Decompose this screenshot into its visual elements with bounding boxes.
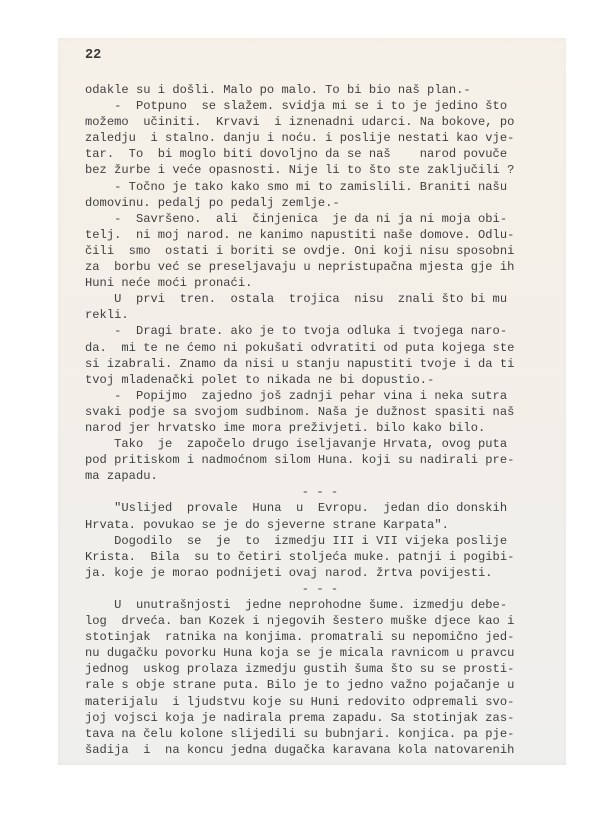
page-number: 22 [85, 48, 101, 63]
text-line: zaledju i stalno. danju i noću. i poslij… [85, 130, 555, 146]
text-line: joj vojsci koja je nadirala prema zapadu… [85, 710, 555, 726]
text-line: bez žurbe i veće opasnosti. Nije li to š… [85, 162, 555, 178]
text-line: materijalu i ljudstvu koje su Huni redov… [85, 694, 555, 710]
text-line: domovinu. pedalj po pedalj zemlje.- [85, 195, 555, 211]
text-line: ma zapadu. [85, 468, 555, 484]
text-line: da. mi te ne ćemo ni pokušati odvratiti … [85, 340, 555, 356]
text-line: za borbu već se preseljavaju u nepristup… [85, 259, 555, 275]
text-line: tvoj mladenački polet to nikada ne bi do… [85, 372, 555, 388]
text-line: možemo učiniti. Krvavi i iznenadni udarc… [85, 114, 555, 130]
text-line: "Uslijed provale Huna u Evropu. jedan di… [85, 500, 555, 516]
text-line: Hrvata. povukao se je do sjeverne strane… [85, 517, 555, 533]
text-line: U prvi tren. ostala trojica nisu znali š… [85, 291, 555, 307]
text-line: stotinjak ratnika na konjima. promatrali… [85, 629, 555, 645]
text-line: ja. koje je morao podnijeti ovaj narod. … [85, 565, 555, 581]
text-line: - Točno je tako kako smo mi to zamislili… [85, 179, 555, 195]
text-line: si izabrali. Znamo da nisi u stanju napu… [85, 356, 555, 372]
text-line: Tako je započelo drugo iseljavanje Hrvat… [85, 436, 555, 452]
text-line: tar. To bi moglo biti dovoljno da se naš… [85, 146, 555, 162]
section-separator: - - - [85, 581, 555, 597]
text-line: rale s obje strane puta. Bilo je to jedn… [85, 677, 555, 693]
text-line: log drveća. ban Kozek i njegovih šestero… [85, 613, 555, 629]
text-line: odakle su i došli. Malo po malo. To bi b… [85, 82, 555, 98]
text-line: telj. ni moj narod. ne kanimo napustiti … [85, 227, 555, 243]
text-line: - Dragi brate. ako je to tvoja odluka i … [85, 323, 555, 339]
text-line: U unutrašnjosti jedne neprohodne šume. i… [85, 597, 555, 613]
text-line: Krista. Bila su to četiri stoljeća muke.… [85, 549, 555, 565]
text-line: šadija i na koncu jedna dugačka karavana… [85, 742, 555, 758]
text-line: tava na čelu kolone slijedili su bubnjar… [85, 726, 555, 742]
text-line: narod jer hrvatsko ime mora preživjeti. … [85, 420, 555, 436]
page-body-text: odakle su i došli. Malo po malo. To bi b… [85, 82, 555, 758]
text-line: - Savršeno. ali činjenica je da ni ja ni… [85, 211, 555, 227]
text-line: Huni neće moći pronaći. [85, 275, 555, 291]
section-separator: - - - [85, 484, 555, 500]
text-line: nu dugačku povorku Huna koja se je mical… [85, 645, 555, 661]
text-line: rekli. [85, 307, 555, 323]
text-line: jednog uskog prolaza izmedju gustih šuma… [85, 661, 555, 677]
text-line: pod pritiskom i nadmoćnom silom Huna. ko… [85, 452, 555, 468]
text-line: - Popijmo zajedno još zadnji pehar vina … [85, 388, 555, 404]
text-line: svaki podje sa svojom sudbinom. Naša je … [85, 404, 555, 420]
text-line: čili smo ostati i boriti se ovdje. Oni k… [85, 243, 555, 259]
text-line: - Potpuno se slažem. svidja mi se i to j… [85, 98, 555, 114]
scanned-page: 22 odakle su i došli. Malo po malo. To b… [58, 38, 566, 765]
text-line: Dogodilo se je to izmedju III i VII vije… [85, 533, 555, 549]
